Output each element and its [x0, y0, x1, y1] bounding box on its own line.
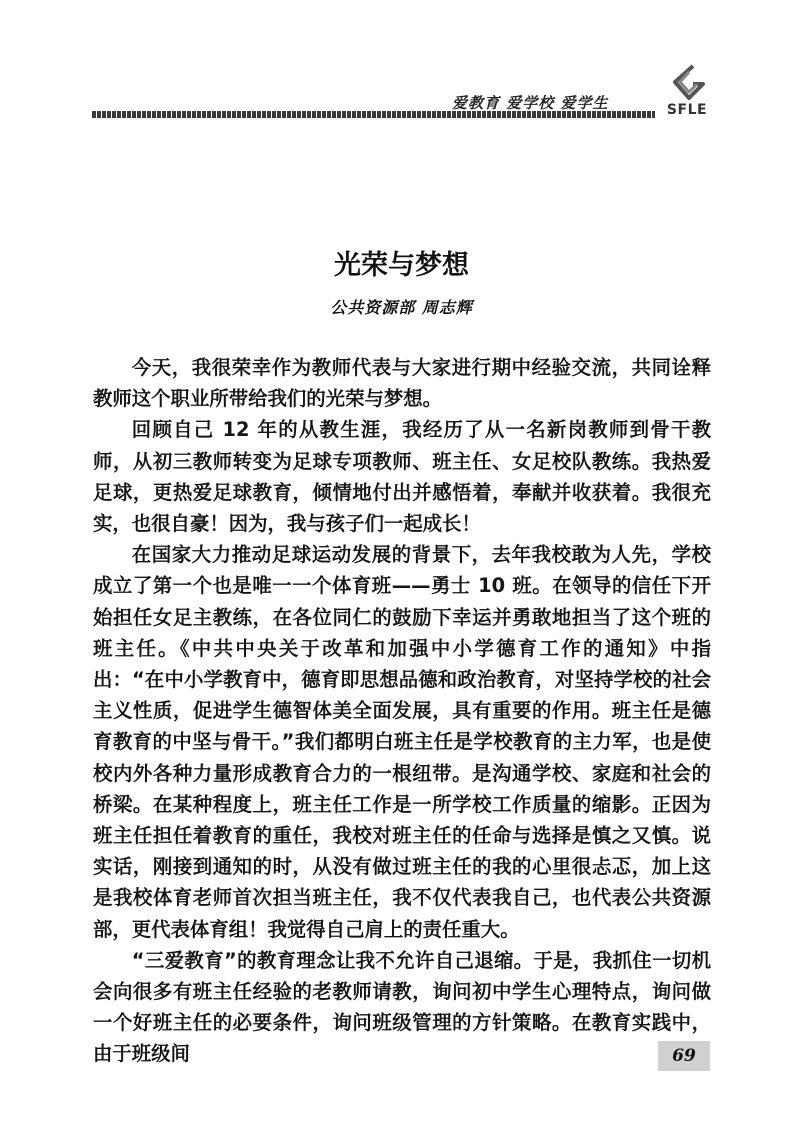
header-slogan: 爱教育 爱学校 爱学生	[452, 92, 608, 113]
article-title: 光荣与梦想	[0, 243, 803, 282]
paragraph: 在国家大力推动足球运动发展的背景下，去年我校敢为人先，学校成立了第一个也是唯一一…	[93, 539, 711, 945]
paragraph: 今天，我很荣幸作为教师代表与大家进行期中经验交流，共同诠释教师这个职业所带给我们…	[93, 352, 711, 414]
paragraph: 回顾自己 12 年的从教生涯，我经历了从一名新岗教师到骨干教师，从初三教师转变为…	[93, 414, 711, 539]
article-body: 今天，我很荣幸作为教师代表与大家进行期中经验交流，共同诠释教师这个职业所带给我们…	[93, 352, 711, 1070]
paragraph: “三爱教育”的教育理念让我不允许自己退缩。于是，我抓住一切机会向很多有班主任经验…	[93, 945, 711, 1070]
header-dotted-rule	[92, 111, 655, 118]
page-number: 69	[658, 1041, 710, 1071]
article-byline: 公共资源部 周志辉	[0, 295, 803, 318]
logo-text: SFLE	[660, 102, 714, 118]
